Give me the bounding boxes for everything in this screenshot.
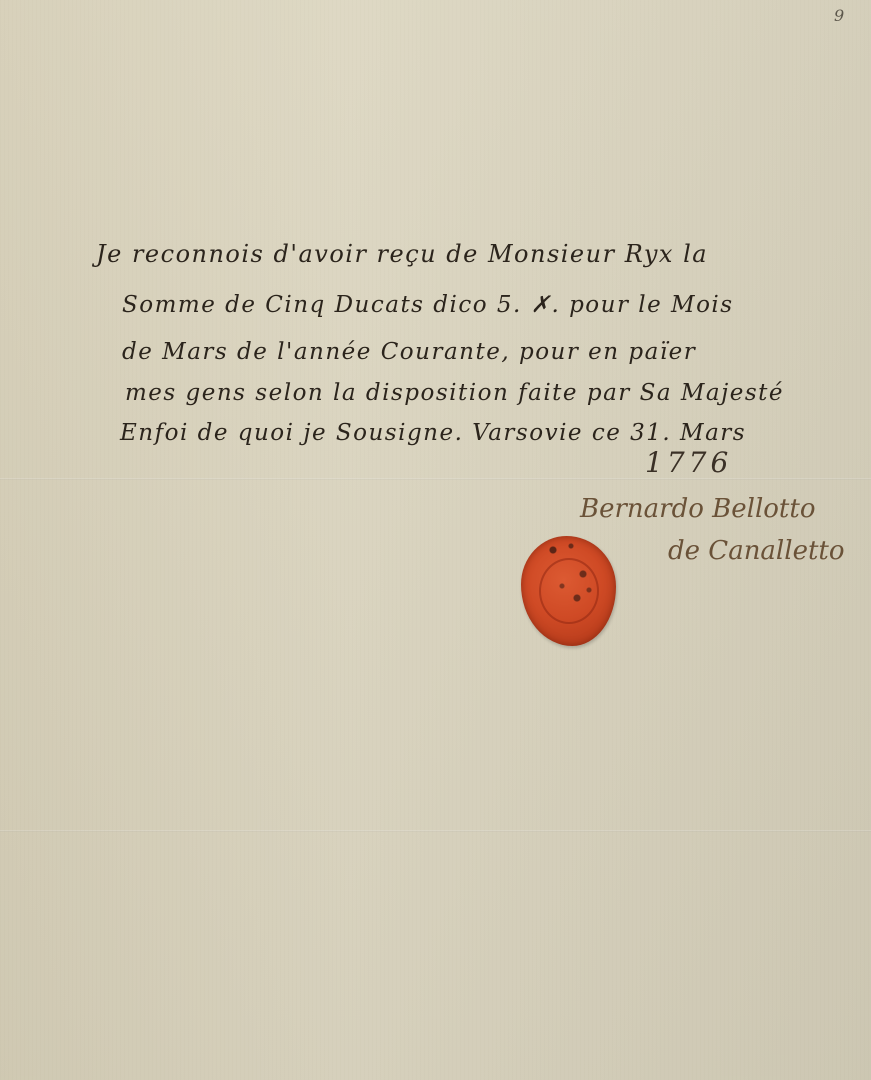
paper-fold-line: [0, 478, 871, 480]
body-line-1: Je reconnois d'avoir reçu de Monsieur Ry…: [96, 240, 708, 268]
date-year: 1776: [645, 446, 732, 479]
paper-fold-line: [0, 830, 871, 832]
manuscript-page: 9 Je reconnois d'avoir reçu de Monsieur …: [0, 0, 871, 1080]
signature-line-1: Bernardo Bellotto: [580, 494, 816, 524]
wax-seal: [521, 536, 616, 646]
body-line-4: mes gens selon la disposition faite par …: [125, 380, 784, 406]
body-line-5: Enfoi de quoi je Sousigne. Varsovie ce 3…: [120, 420, 746, 446]
body-line-3: de Mars de l'année Courante, pour en paï…: [122, 339, 696, 365]
signature-line-2: de Canalletto: [668, 536, 845, 566]
body-line-2: Somme de Cinq Ducats dico 5. ✗. pour le …: [122, 292, 734, 318]
page-number: 9: [834, 6, 844, 25]
